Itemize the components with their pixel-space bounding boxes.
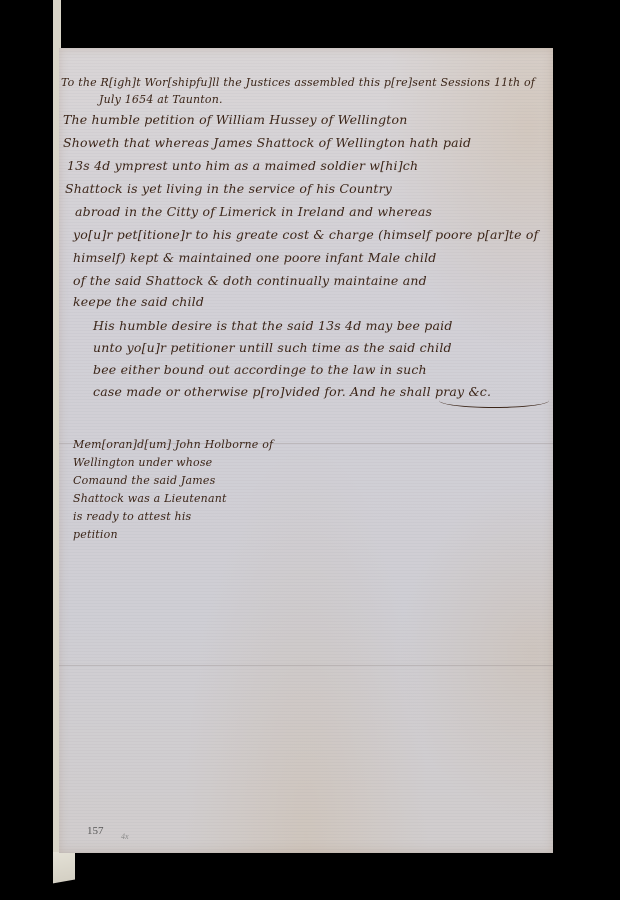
prayer-line-2: unto yo[u]r petitioner untill such time … bbox=[93, 340, 452, 355]
attestation-line-2: Wellington under whose bbox=[73, 456, 212, 469]
body-line-3: 13s 4d ymprest unto him as a maimed sold… bbox=[67, 158, 418, 173]
folio-number: 157 bbox=[87, 825, 104, 837]
body-line-8: of the said Shattock & doth continually … bbox=[73, 273, 427, 288]
pencil-mark: 4x bbox=[121, 832, 129, 841]
body-line-1: The humble petition of William Hussey of… bbox=[63, 112, 408, 127]
body-line-2: Showeth that whereas James Shattock of W… bbox=[63, 135, 471, 150]
prayer-line-4: case made or otherwise p[ro]vided for. A… bbox=[93, 384, 491, 399]
prayer-line-3: bee either bound out accordinge to the l… bbox=[93, 362, 427, 377]
prayer-line-1: His humble desire is that the said 13s 4… bbox=[93, 318, 453, 333]
mount-corner bbox=[53, 852, 75, 900]
attestation-line-3: Comaund the said James bbox=[73, 474, 215, 487]
body-line-7: himself) kept & maintained one poore inf… bbox=[73, 250, 437, 265]
attestation-line-5: is ready to attest his bbox=[73, 510, 191, 523]
manuscript-sheet: To the R[igh]t Wor[shipfu]ll the Justice… bbox=[59, 48, 553, 853]
closing-flourish bbox=[439, 393, 549, 408]
body-line-5: abroad in the Citty of Limerick in Irela… bbox=[75, 204, 432, 219]
heading-line-1: To the R[igh]t Wor[shipfu]ll the Justice… bbox=[61, 76, 535, 89]
body-line-4: Shattock is yet living in the service of… bbox=[65, 181, 392, 196]
heading-line-2: July 1654 at Taunton. bbox=[99, 93, 223, 106]
attestation-line-6: petition bbox=[73, 528, 118, 541]
fold-line bbox=[59, 665, 553, 666]
body-line-9: keepe the said child bbox=[73, 294, 204, 309]
attestation-line-1: Mem[oran]d[um] John Holborne of bbox=[73, 438, 273, 451]
body-line-6: yo[u]r pet[itione]r to his greate cost &… bbox=[73, 227, 538, 242]
attestation-line-4: Shattock was a Lieutenant bbox=[73, 492, 227, 505]
